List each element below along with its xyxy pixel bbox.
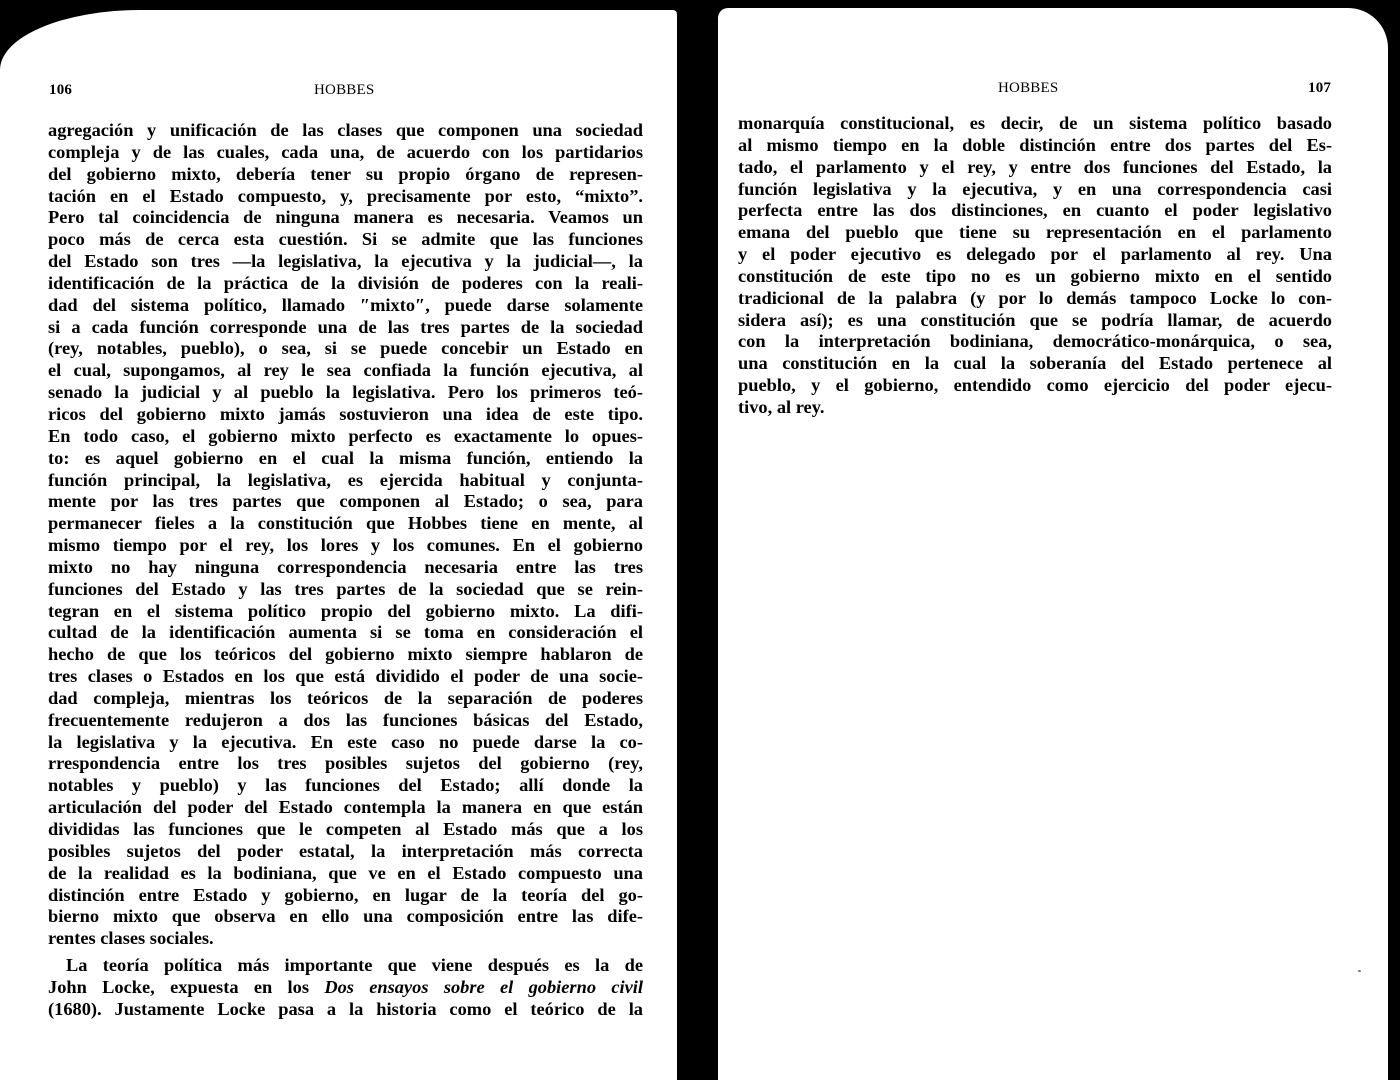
left-page-body: agregación y unificación de las clases q… [48,120,643,1021]
text-line: hecho de que los teóricos del gobierno m… [48,644,643,666]
text-line: (1680). Justamente Locke pasa a la histo… [48,999,643,1021]
text-line: agregación y unificación de las clases q… [48,120,643,142]
text-line: una constitución en la cual la soberanía… [738,353,1332,375]
text-line: frecuentemente redujeron a dos las funci… [48,710,643,732]
paragraph: agregación y unificación de las clases q… [48,120,643,950]
text-line: monarquía constitucional, es decir, de u… [738,113,1332,135]
text-line: (rey, notables, pueblo), o sea, si se pu… [48,338,643,360]
scan-speck [1358,970,1361,972]
book-spread: 106 HOBBES agregación y unificación de l… [0,0,1400,1080]
text-line: divididas las funciones que le competen … [48,819,643,841]
text-line: funciones del Estado y las tres partes d… [48,579,643,601]
text-line: articulación del poder del Estado contem… [48,797,643,819]
text-line: posibles sujetos del poder estatal, la i… [48,841,643,863]
left-page: 106 HOBBES agregación y unificación de l… [0,10,677,1080]
text-line: perfecta entre las dos distinciones, en … [738,200,1332,222]
text-line: tradicional de la palabra (y por lo demá… [738,288,1332,310]
text-line: mismo tiempo por el rey, los lores y los… [48,535,643,557]
text-line: y el poder ejecutivo es delegado por el … [738,244,1332,266]
page-number: 106 [49,82,72,99]
text-line: tres clases o Estados en los que está di… [48,666,643,688]
text-line: poco más de cerca esta cuestión. Si se a… [48,229,643,251]
book-title: Dos ensayos sobre el gobierno civil [324,977,643,997]
text-line: bierno mixto que observa en ello una com… [48,906,643,928]
text-line: tación en el Estado compuesto, y, precis… [48,186,643,208]
text-line: permanecer fieles a la constitución que … [48,513,643,535]
text-line: pueblo, y el gobierno, entendido como ej… [738,375,1332,397]
text-line: La teoría política más importante que vi… [48,955,643,977]
text-line: ricos del gobierno mixto jamás sostuvier… [48,404,643,426]
text-line: compleja y de las cuales, cada una, de a… [48,142,643,164]
text-line: de la realidad es la bodiniana, que ve e… [48,863,643,885]
text-line: la legislativa y la ejecutiva. En este c… [48,732,643,754]
text-line: mente por las tres partes que componen a… [48,491,643,513]
text-line: del gobierno mixto, debería tener su pro… [48,164,643,186]
paragraph: monarquía constitucional, es decir, de u… [738,113,1332,419]
text-line: rrespondencia entre los tres posibles su… [48,753,643,775]
text-line: tivo, al rey. [738,397,1332,419]
text-line: sidera así); es una constitución que se … [738,310,1332,332]
text-line: rentes clases sociales. [48,928,643,950]
text-line: dad del sistema político, llamado ″mixto… [48,295,643,317]
page-number: 107 [1308,80,1331,97]
text-line: constitución de este tipo no es un gobie… [738,266,1332,288]
text-line: En todo caso, el gobierno mixto perfecto… [48,426,643,448]
text-line: cultad de la identificación aumenta si s… [48,622,643,644]
text-line: función principal, la legislativa, es ej… [48,470,643,492]
text-line: tegran en el sistema político propio del… [48,601,643,623]
text-line: John Locke, expuesta en los Dos ensayos … [48,977,643,999]
paragraph: La teoría política más importante que vi… [48,955,643,1021]
text-line: al mismo tiempo en la doble distinción e… [738,135,1332,157]
text-line: Pero tal coincidencia de ninguna manera … [48,207,643,229]
text-line: notables y pueblo) y las funciones del E… [48,775,643,797]
running-head: HOBBES [998,80,1058,97]
text-fragment: John Locke, expuesta en los [48,977,324,997]
text-line: senado la judicial y al pueblo la legisl… [48,382,643,404]
text-line: con la interpretación bodiniana, democrá… [738,331,1332,353]
text-line: función legislativa y la ejecutiva, y en… [738,179,1332,201]
right-page-body: monarquía constitucional, es decir, de u… [738,113,1332,419]
right-page: HOBBES 107 monarquía constitucional, es … [718,8,1388,1080]
text-line: emana del pueblo que tiene su representa… [738,222,1332,244]
text-line: distinción entre Estado y gobierno, en l… [48,885,643,907]
running-head: HOBBES [314,82,374,99]
text-line: si a cada función corresponde una de las… [48,317,643,339]
text-line: tado, el parlamento y el rey, y entre do… [738,157,1332,179]
text-line: to: es aquel gobierno en el cual la mism… [48,448,643,470]
text-line: identificación de la práctica de la divi… [48,273,643,295]
text-line: mixto no hay ninguna correspondencia nec… [48,557,643,579]
text-line: del Estado son tres —la legislativa, la … [48,251,643,273]
text-line: el cual, supongamos, al rey le sea confi… [48,360,643,382]
text-line: dad compleja, mientras los teóricos de l… [48,688,643,710]
